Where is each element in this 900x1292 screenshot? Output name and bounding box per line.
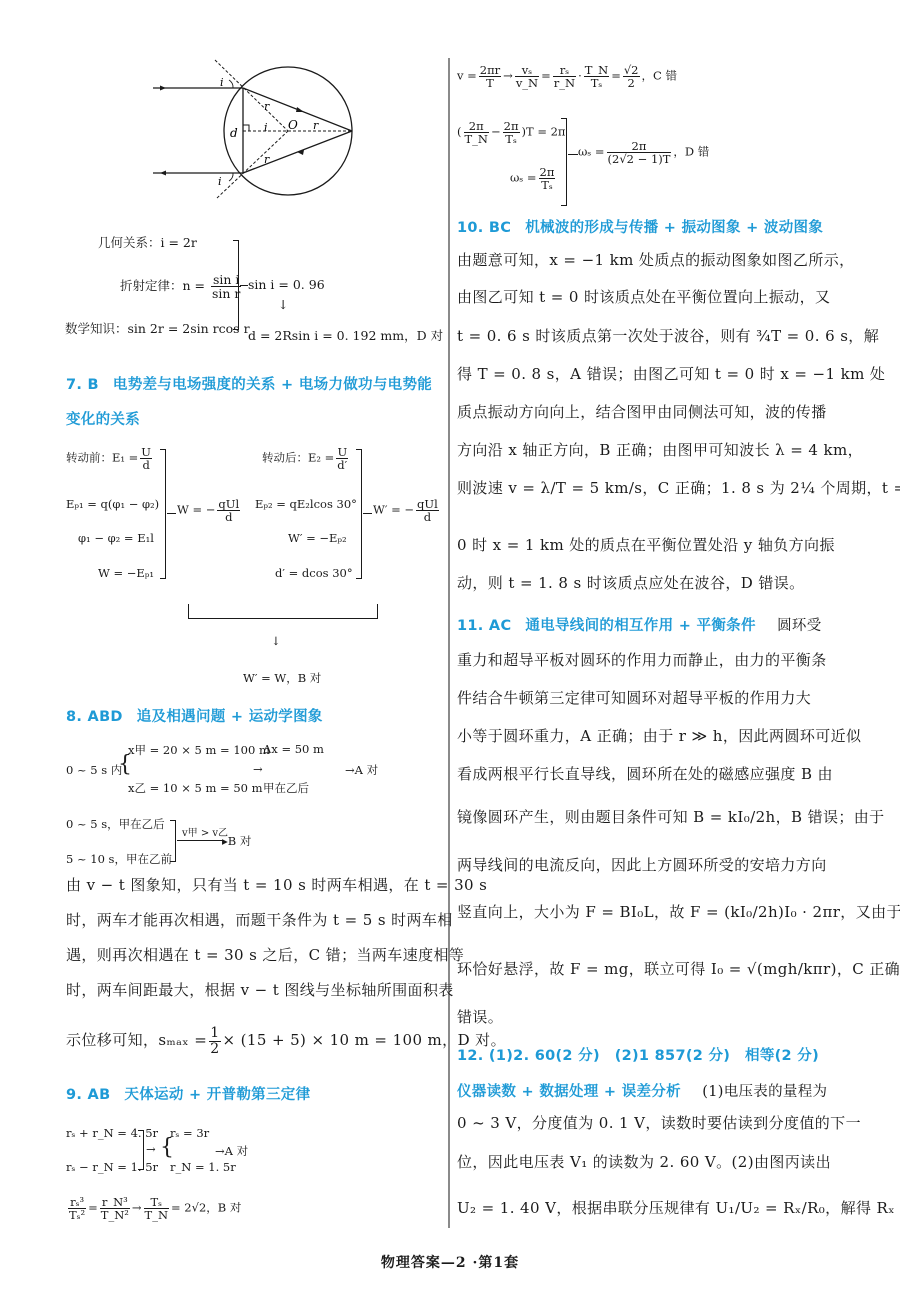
q11-heading: 11. AC通电导线间的相互作用 + 平衡条件 圆环受 bbox=[457, 614, 822, 635]
q9-omega-l1: (2πT_N−2πTₛ)T = 2π bbox=[457, 120, 565, 145]
down-arrow-icon: ↓ bbox=[278, 297, 288, 312]
q6-refraction: 折射定律：n = sin isin r bbox=[120, 273, 243, 300]
q9-result-a: →A 对 bbox=[215, 1143, 248, 1159]
q8-para-line: 遇，则再次相遇在 t = 30 s 之后，C 错；当两车速度相等 bbox=[66, 938, 464, 973]
d-label: d bbox=[230, 126, 238, 140]
q6-math: 数学知识：sin 2r = 2sin rcos r bbox=[65, 319, 250, 337]
q8-result-a: →A 对 bbox=[345, 762, 378, 778]
q10-para-line: 由题意可知，x = −1 km 处质点的振动图象如图乙所示， bbox=[457, 243, 855, 278]
q7-left-l4: W = −Eₚ₁ bbox=[98, 566, 154, 580]
q10-para-line: 动，则 t = 1. 8 s 时该质点应处在波谷，D 错误。 bbox=[457, 566, 805, 601]
right-arrow-icon: → bbox=[146, 1142, 156, 1156]
q12-heading: 12. (1)2. 60(2 分) (2)1 857(2 分) 相等(2 分) bbox=[457, 1044, 819, 1065]
q8-answer: 8. ABD bbox=[66, 709, 123, 725]
refraction-circle-diagram: i i r r i O r d bbox=[140, 55, 380, 205]
svg-text:i: i bbox=[264, 121, 268, 134]
q7-left-l1: 转动前：E₁ =Ud bbox=[66, 446, 154, 471]
q7-heading: 7. B电势差与电场强度的关系 + 电场力做功与电势能 bbox=[66, 373, 432, 394]
q8-position: 甲在乙后 bbox=[263, 780, 309, 796]
q12-para-line: 位，因此电压表 V₁ 的读数为 2. 60 V。(2)由图丙读出 bbox=[457, 1145, 831, 1180]
q7-right-l1: 转动后：E₂ =Ud′ bbox=[262, 446, 350, 471]
combine-bracket bbox=[188, 604, 378, 619]
q8-x-jia: x甲 = 20 × 5 m = 100 m bbox=[128, 742, 270, 758]
q7-conclusion: W′ = W，B 对 bbox=[243, 670, 321, 686]
q8-para-line: 时，两车间距最大，根据 v − t 图线与坐标轴所围面积表 bbox=[66, 973, 454, 1008]
q10-answer: 10. BC bbox=[457, 220, 511, 236]
q9-omega-l2: ωₛ =2πTₛ bbox=[510, 166, 557, 191]
q9-kepler: rₛ³Tₛ²=r_N³T_N²→TₛT_N= 2√2，B 对 bbox=[66, 1196, 241, 1221]
q10-para-line: t = 0. 6 s 时该质点第一次处于波谷，则有 ¾T = 0. 6 s，解 bbox=[457, 319, 879, 354]
q7-right-l2: Eₚ₂ = qE₂lcos 30° bbox=[255, 497, 357, 511]
q10-para-line: 得 T = 0. 8 s，A 错误；由图乙可知 t = 0 时 x = −1 k… bbox=[457, 357, 885, 392]
q10-para-line: 0 时 x = 1 km 处的质点在平衡位置处沿 y 轴负方向振 bbox=[457, 528, 835, 563]
bracket bbox=[138, 1130, 144, 1170]
q8-range: 0 ~ 5 s 内 bbox=[66, 762, 122, 778]
down-arrow-icon: ↓ bbox=[271, 634, 281, 648]
q11-para-line: 错误。 bbox=[457, 1000, 503, 1035]
q9-eq1: rₛ + r_N = 4. 5r bbox=[66, 1126, 158, 1140]
page-footer: 物理答案—2 ·第1套 bbox=[0, 1252, 900, 1272]
q10-para-line: 方向沿 x 轴正方向，B 正确；由图甲可知波长 λ = 4 km， bbox=[457, 433, 863, 468]
q9-eq2: rₛ − r_N = 1. 5r bbox=[66, 1160, 158, 1174]
q11-para-line: 重力和超导平板对圆环的作用力而静止，由力的平衡条 bbox=[457, 643, 827, 678]
q10-para-line: 质点振动方向向上，结合图甲由同侧法可知，波的传播 bbox=[457, 395, 827, 430]
q7-right-l3: W′ = −Eₚ₂ bbox=[288, 531, 347, 545]
q10-para-line: 则波速 v = λ/T = 5 km/s，C 正确；1. 8 s 为 2¼ 个周… bbox=[457, 471, 900, 506]
q10-heading: 10. BC机械波的形成与传播 + 振动图象 + 波动图象 bbox=[457, 216, 823, 237]
q7-heading-cont: 变化的关系 bbox=[66, 408, 140, 429]
svg-text:r: r bbox=[313, 119, 319, 132]
q11-para-line: 环恰好悬浮，故 F = mg，联立可得 I₀ = √(mgh/kπr)，C 正确… bbox=[457, 952, 900, 987]
q11-answer: 11. AC bbox=[457, 618, 511, 634]
q6-result2: d = 2Rsin i = 0. 192 mm，D 对 bbox=[248, 326, 443, 344]
q12-para-line: U₂ = 1. 40 V，根据串联分压规律有 U₁/U₂ = Rₓ/R₀，解得 … bbox=[457, 1191, 900, 1226]
q11-para-line: 竖直向上，大小为 F = BI₀L，故 F = (kI₀/2h)I₀ · 2πr… bbox=[457, 895, 900, 930]
q9-sol1: rₛ = 3r bbox=[170, 1126, 209, 1140]
q7-left-result: W = −qUld bbox=[177, 498, 242, 523]
q8-range1: 0 ~ 5 s，甲在乙后 bbox=[66, 816, 165, 832]
bracket bbox=[170, 820, 176, 862]
q7-answer: 7. B bbox=[66, 377, 99, 393]
q7-right-result: W′ = −qUld bbox=[373, 498, 441, 523]
q9-velocity: v =2πrT→vₛv_N=rₛr_N·T_NTₛ=√22，C 错 bbox=[457, 64, 677, 89]
q8-para-last: 示位移可知，sₘₐₓ =12× (15 + 5) × 10 m = 100 m，… bbox=[66, 1026, 506, 1056]
q11-para-line: 看成两根平行长直导线，圆环所在处的磁感应强度 B 由 bbox=[457, 757, 833, 792]
q8-para-line: 由 v − t 图象知，只有当 t = 10 s 时两车相遇，在 t = 30 … bbox=[66, 868, 487, 903]
q9-heading: 9. AB天体运动 + 开普勒第三定律 bbox=[66, 1083, 310, 1104]
q9-omega-result: ωₛ =2π(2√2 − 1)T，D 错 bbox=[578, 140, 709, 165]
bracket bbox=[233, 240, 239, 330]
q6-result1: sin i = 0. 96 bbox=[248, 277, 325, 292]
bracket bbox=[160, 449, 166, 579]
q9-sol2: r_N = 1. 5r bbox=[170, 1160, 236, 1174]
q11-para-line: 小等于圆环重力，A 正确；由于 r ≫ h，因此两圆环可近似 bbox=[457, 719, 861, 754]
right-arrow-icon: → bbox=[253, 762, 263, 776]
q10-para-line: 由图乙可知 t = 0 时该质点处在平衡位置向上振动，又 bbox=[457, 280, 830, 315]
q8-heading: 8. ABD追及相遇问题 + 运动学图象 bbox=[66, 705, 323, 726]
q8-result-b: ▸B 对 bbox=[222, 833, 251, 849]
q6-geometry: 几何关系：i = 2r bbox=[98, 233, 197, 251]
q12-subheading: 仪器读数 + 数据处理 + 误差分析 (1)电压表的量程为 bbox=[457, 1080, 827, 1101]
q8-range2: 5 ~ 10 s，甲在乙前 bbox=[66, 851, 172, 867]
center-O-label: O bbox=[288, 118, 298, 132]
q9-answer: 9. AB bbox=[66, 1087, 110, 1103]
q7-left-l3: φ₁ − φ₂ = E₁l bbox=[78, 531, 154, 545]
q11-para-line: 件结合牛顿第三定律可知圆环对超导平板的作用力大 bbox=[457, 681, 811, 716]
svg-text:r: r bbox=[264, 100, 270, 113]
q11-para-line: 两导线间的电流反向，因此上方圆环所受的安培力方向 bbox=[457, 848, 827, 883]
q7-left-l2: Eₚ₁ = q(φ₁ − φ₂) bbox=[66, 497, 159, 511]
angle-i-top-label: i bbox=[220, 76, 224, 89]
q8-delta-x: Δx = 50 m bbox=[263, 742, 324, 756]
svg-text:r: r bbox=[264, 153, 270, 166]
q12-para-line: 0 ~ 3 V，分度值为 0. 1 V，读数时要估读到分度值的下一 bbox=[457, 1106, 861, 1141]
q8-x-yi: x乙 = 10 × 5 m = 50 m bbox=[128, 780, 263, 796]
angle-i-bottom-label: i bbox=[218, 175, 222, 188]
q11-para-line: 镜像圆环产生，则由题目条件可知 B = kI₀/2h，B 错误；由于 bbox=[457, 800, 885, 835]
bracket bbox=[561, 118, 567, 206]
q8-para-line: 时，两车才能再次相遇，而题干条件为 t = 5 s 时两车相 bbox=[66, 903, 453, 938]
q7-right-l4: d′ = dcos 30° bbox=[275, 566, 353, 580]
bracket bbox=[356, 449, 362, 579]
